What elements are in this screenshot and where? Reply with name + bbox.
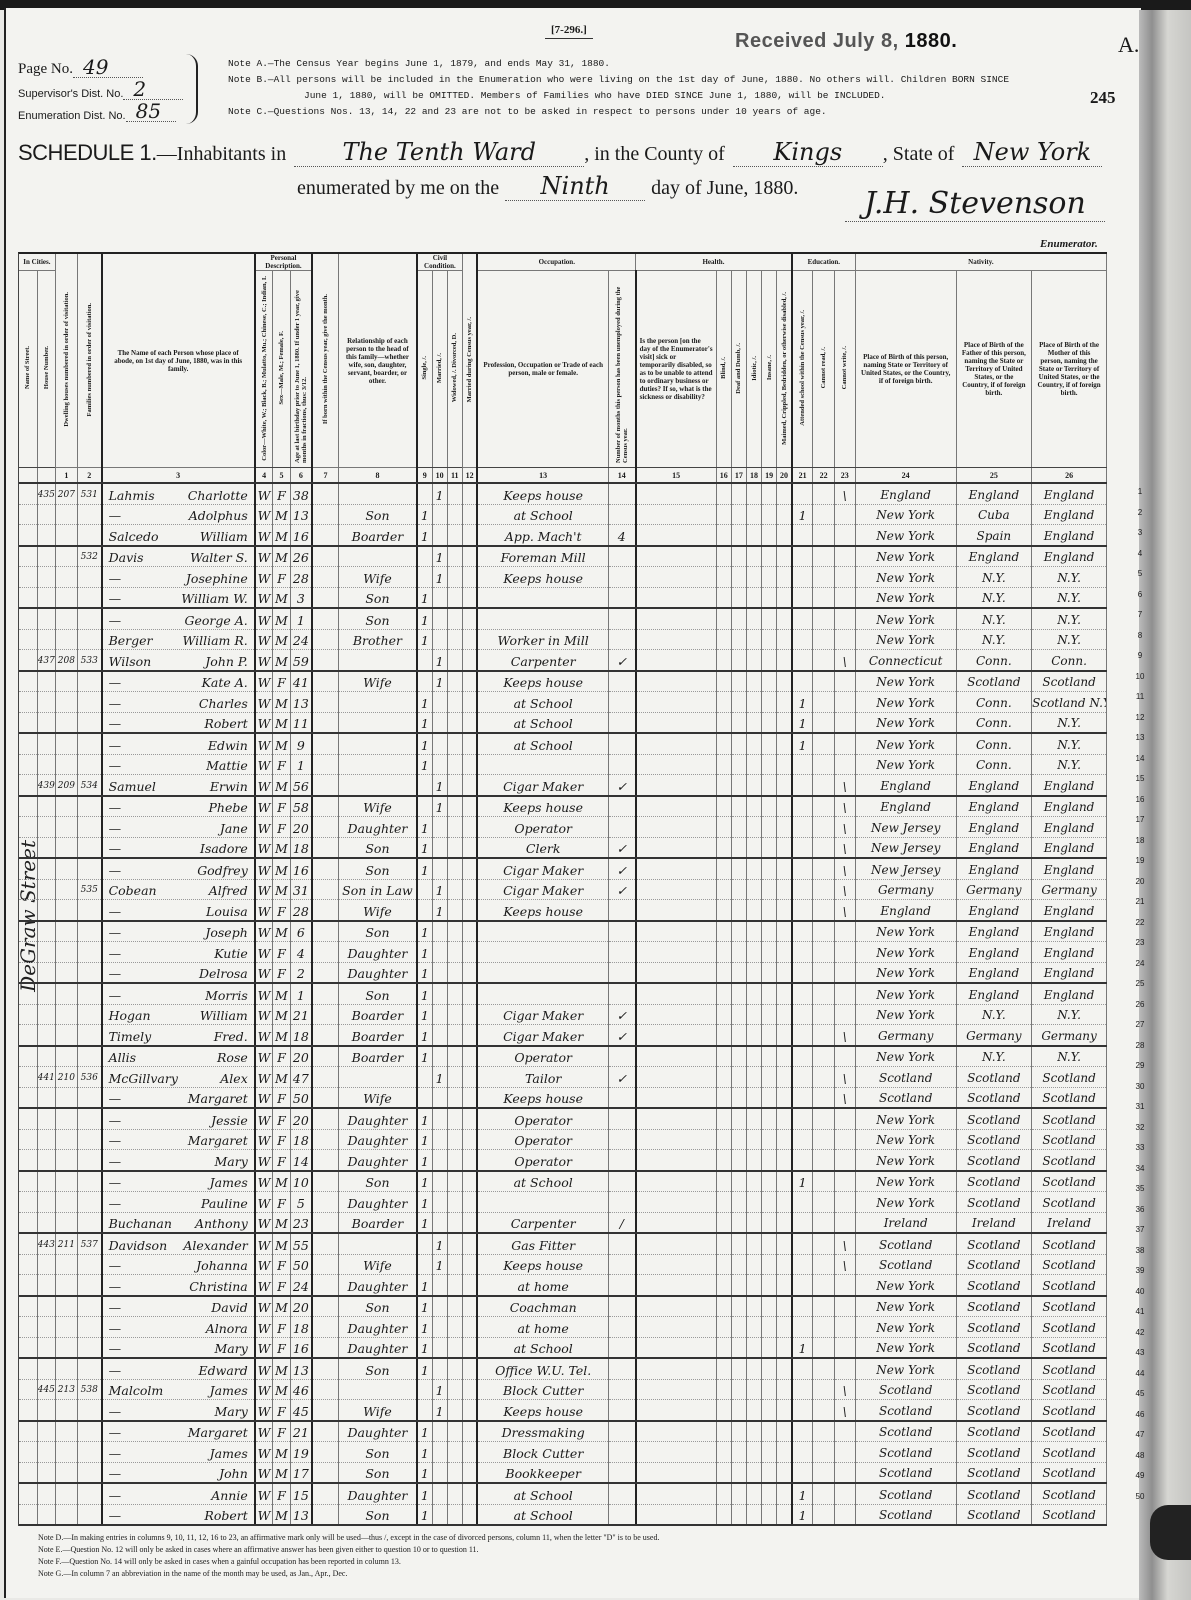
color-cell: W: [255, 858, 273, 879]
idiotic-cell: [746, 608, 761, 629]
census-row: —PaulineWF5Daughter1New YorkScotlandScot…: [19, 1192, 1107, 1213]
note-b-cont: June 1, 1880, will be OMITTED. Members o…: [228, 88, 1058, 104]
dwelling-number-cell: [55, 1087, 77, 1108]
column-number: 21: [792, 468, 813, 484]
enumerator-signature: J.H. Stevenson: [845, 186, 1105, 222]
married-cell: [432, 1046, 447, 1067]
relationship-cell: [338, 1379, 417, 1400]
father-birthplace-cell: Conn.: [956, 733, 1032, 754]
insane-cell: [762, 1171, 777, 1192]
maimed-cell: [777, 1067, 792, 1088]
age-cell: 13: [290, 692, 312, 713]
column-number: 11: [447, 468, 462, 484]
color-cell: W: [255, 1379, 273, 1400]
line-number: 43: [1129, 1341, 1151, 1362]
surname: —: [103, 507, 122, 524]
name-cell: —Edwin: [102, 733, 255, 754]
color-cell: W: [255, 1254, 273, 1275]
given-name: William W.: [181, 591, 248, 606]
relationship-cell: Boarder: [338, 1046, 417, 1067]
deaf-cell: [731, 1108, 746, 1129]
deaf-cell: [731, 1212, 746, 1233]
father-birthplace-cell: England: [956, 796, 1032, 817]
age-cell: 19: [290, 1442, 312, 1463]
single-cell: 1: [417, 754, 432, 775]
insane-cell: [762, 921, 777, 942]
birthplace-cell: England: [855, 796, 956, 817]
born-month-cell: [312, 587, 338, 608]
age-cell: 13: [290, 1358, 312, 1379]
line-number: 44: [1129, 1362, 1151, 1383]
age-cell: 23: [290, 1212, 312, 1233]
unemployed-cell: ✓: [608, 1004, 635, 1025]
school-cell: [792, 1129, 813, 1150]
street-cell: [19, 629, 37, 650]
cannot-read-cell: [813, 587, 834, 608]
cannot-write-cell: [834, 1150, 855, 1171]
census-row: AllisRoseWF20Boarder1OperatorNew YorkN.Y…: [19, 1046, 1107, 1067]
married-cell: [432, 525, 447, 546]
given-name: Johanna: [196, 1258, 248, 1273]
house-number-cell: [37, 1462, 55, 1483]
school-cell: [792, 1421, 813, 1442]
maimed-cell: [777, 587, 792, 608]
given-name: David: [211, 1300, 248, 1315]
cannot-write-cell: [834, 1358, 855, 1379]
unemployed-cell: [608, 942, 635, 963]
census-row: —MargaretWF18Daughter1OperatorNew YorkSc…: [19, 1129, 1107, 1150]
deaf-cell: [731, 546, 746, 567]
blind-cell: [716, 525, 731, 546]
cannot-read-cell: [813, 942, 834, 963]
family-number-cell: [77, 1192, 101, 1213]
age-cell: 3: [290, 587, 312, 608]
blind-cell: [716, 754, 731, 775]
given-name: Delrosa: [199, 966, 248, 981]
maimed-cell: [777, 796, 792, 817]
family-number-cell: [77, 942, 101, 963]
idiotic-cell: [746, 1192, 761, 1213]
school-cell: 1: [792, 733, 813, 754]
street-cell: [19, 1483, 37, 1504]
census-rows: 435207531LahmisCharlotteWF381Keeps house…: [19, 483, 1107, 1525]
relationship-cell: [338, 1067, 417, 1088]
married-year-cell: [462, 567, 477, 588]
single-cell: 1: [417, 1212, 432, 1233]
sickness-cell: [636, 629, 717, 650]
school-cell: [792, 900, 813, 921]
married-year-cell: [462, 1025, 477, 1046]
name-cell: MalcolmJames: [102, 1379, 255, 1400]
cannot-read-cell: [813, 1337, 834, 1358]
single-cell: [417, 1067, 432, 1088]
birthplace-cell: New York: [855, 1317, 956, 1338]
maimed-cell: [777, 1379, 792, 1400]
census-row: 441210536McGillvaryAlexWM471Tailor✓\Scot…: [19, 1067, 1107, 1088]
district-info: Page No. 49 Supervisor's Dist. No. 2 Enu…: [18, 56, 183, 122]
blind-cell: [716, 1108, 731, 1129]
married-year-cell: [462, 1275, 477, 1296]
schedule-title: SCHEDULE 1. —Inhabitants in The Tenth Wa…: [18, 138, 1102, 167]
married-year-cell: [462, 1358, 477, 1379]
surname: —: [103, 1424, 122, 1441]
street-cell: [19, 1004, 37, 1025]
married-cell: 1: [432, 796, 447, 817]
deaf-cell: [731, 733, 746, 754]
column-number: 19: [762, 468, 777, 484]
street-cell: [19, 1275, 37, 1296]
father-birthplace-cell: England: [956, 921, 1032, 942]
sickness-cell: [636, 754, 717, 775]
page-no-row: Page No. 49: [18, 56, 183, 78]
cannot-read-cell: [813, 1046, 834, 1067]
insane-cell: [762, 1317, 777, 1338]
cannot-write-cell: [834, 1462, 855, 1483]
color-cell: W: [255, 1025, 273, 1046]
family-number-cell: [77, 983, 101, 1004]
house-number-cell: [37, 1400, 55, 1421]
maimed-cell: [777, 650, 792, 671]
mother-birthplace-cell: N.Y.: [1032, 712, 1107, 733]
age-cell: 18: [290, 837, 312, 858]
widowed-cell: [447, 567, 462, 588]
family-number-cell: [77, 817, 101, 838]
married-cell: [432, 1317, 447, 1338]
family-number-cell: [77, 525, 101, 546]
surname: Davis: [103, 549, 144, 566]
blind-cell: [716, 1087, 731, 1108]
blind-cell: [716, 1421, 731, 1442]
birthplace-cell: New Jersey: [855, 837, 956, 858]
maimed-cell: [777, 817, 792, 838]
house-number-cell: [37, 1212, 55, 1233]
family-number-cell: [77, 587, 101, 608]
name-cell: —Margaret: [102, 1421, 255, 1442]
father-birthplace-cell: England: [956, 546, 1032, 567]
blind-cell: [716, 775, 731, 796]
deaf-cell: [731, 525, 746, 546]
deaf-cell: [731, 775, 746, 796]
birthplace-cell: Germany: [855, 879, 956, 900]
house-number-cell: [37, 546, 55, 567]
street-cell: [19, 1046, 37, 1067]
surname: —: [103, 1340, 122, 1357]
cannot-write-cell: \: [834, 1067, 855, 1088]
occupation-cell: [477, 608, 608, 629]
birthplace-cell: Ireland: [855, 1212, 956, 1233]
county-label: , in the County of: [584, 143, 725, 166]
married-cell: 1: [432, 1254, 447, 1275]
born-month-cell: [312, 733, 338, 754]
married-year-cell: [462, 1254, 477, 1275]
blind-cell: [716, 900, 731, 921]
mother-birthplace-cell: England: [1032, 962, 1107, 983]
sex-cell: F: [273, 1317, 290, 1338]
deaf-cell: [731, 671, 746, 692]
dwelling-number-cell: 208: [55, 650, 77, 671]
age-header: Age at last birthday prior to June 1, 18…: [294, 273, 308, 463]
census-row: —EdwardWM13Son1Office W.U. Tel.New YorkS…: [19, 1358, 1107, 1379]
sex-cell: M: [273, 546, 290, 567]
mother-birthplace-cell: Scotland N.Y.: [1032, 692, 1107, 713]
family-number-cell: [77, 796, 101, 817]
street-header: Name of Street.: [24, 346, 31, 389]
father-birthplace-cell: Conn.: [956, 754, 1032, 775]
idiotic-cell: [746, 587, 761, 608]
relationship-cell: Daughter: [338, 1129, 417, 1150]
deaf-cell: [731, 629, 746, 650]
line-number: 25: [1129, 972, 1151, 993]
insane-cell: [762, 1296, 777, 1317]
sickness-cell: [636, 504, 717, 525]
deaf-cell: [731, 1400, 746, 1421]
census-table: In Cities. Dwelling houses numbered in o…: [18, 252, 1107, 1526]
color-cell: W: [255, 650, 273, 671]
idiotic-cell: [746, 1421, 761, 1442]
family-number-cell: [77, 1087, 101, 1108]
surname: —: [103, 862, 122, 879]
census-row: —MorrisWM1Son1New YorkEnglandEngland: [19, 983, 1107, 1004]
state-value: New York: [962, 138, 1102, 167]
mother-birthplace-cell: Scotland: [1032, 1150, 1107, 1171]
relationship-cell: Daughter: [338, 817, 417, 838]
single-cell: 1: [417, 1004, 432, 1025]
family-number-cell: [77, 962, 101, 983]
sickness-cell: [636, 775, 717, 796]
name-cell: DavisWalter S.: [102, 546, 255, 567]
street-cell: [19, 587, 37, 608]
married-cell: [432, 921, 447, 942]
unemployed-cell: /: [608, 1212, 635, 1233]
cannot-write-cell: [834, 712, 855, 733]
mother-birthplace-cell: England: [1032, 942, 1107, 963]
deaf-cell: [731, 504, 746, 525]
single-cell: 1: [417, 733, 432, 754]
maimed-cell: [777, 525, 792, 546]
occupation-cell: at School: [477, 712, 608, 733]
father-birthplace-cell: England: [956, 858, 1032, 879]
street-cell: [19, 858, 37, 879]
married-year-cell: [462, 1150, 477, 1171]
age-cell: 31: [290, 879, 312, 900]
census-row: —DavidWM20Son1CoachmanNew YorkScotlandSc…: [19, 1296, 1107, 1317]
single-cell: [417, 671, 432, 692]
column-number: 5: [273, 468, 290, 484]
father-birthplace-cell: Scotland: [956, 1421, 1032, 1442]
ward-value: The Tenth Ward: [294, 138, 584, 167]
family-number-cell: 533: [77, 650, 101, 671]
insane-cell: [762, 983, 777, 1004]
age-cell: 1: [290, 754, 312, 775]
unemployed-cell: [608, 1483, 635, 1504]
color-cell: W: [255, 1192, 273, 1213]
census-row: —RobertWM111at School1New YorkConn.N.Y.: [19, 712, 1107, 733]
sex-cell: F: [273, 567, 290, 588]
street-cell: [19, 900, 37, 921]
cannot-read-cell: [813, 1233, 834, 1254]
name-cell: —Mary: [102, 1337, 255, 1358]
widowed-cell: [447, 1421, 462, 1442]
married-year-cell: [462, 1129, 477, 1150]
father-birthplace-cell: Spain: [956, 525, 1032, 546]
married-cell: [432, 1171, 447, 1192]
maimed-cell: [777, 1337, 792, 1358]
surname: —: [103, 612, 122, 629]
mother-birthplace-cell: Scotland: [1032, 1087, 1107, 1108]
unemployed-cell: [608, 504, 635, 525]
insane-cell: [762, 879, 777, 900]
sheet-letter: A.: [1118, 32, 1139, 58]
single-cell: [417, 1254, 432, 1275]
age-cell: 24: [290, 629, 312, 650]
married-year-cell: [462, 629, 477, 650]
maimed-cell: [777, 837, 792, 858]
cannot-read-cell: [813, 629, 834, 650]
age-cell: 1: [290, 983, 312, 1004]
age-cell: 20: [290, 1296, 312, 1317]
line-number: 2: [1129, 501, 1151, 522]
footnote-f: Note F.—Question No. 14 will only be ask…: [38, 1556, 659, 1568]
color-cell: W: [255, 900, 273, 921]
birthplace-cell: New York: [855, 567, 956, 588]
father-birthplace-cell: Conn.: [956, 712, 1032, 733]
sickness-cell: [636, 1462, 717, 1483]
birthplace-cell: New York: [855, 525, 956, 546]
dwelling-number-cell: [55, 1212, 77, 1233]
birthplace-cell: Scotland: [855, 1067, 956, 1088]
widowed-cell: [447, 1025, 462, 1046]
house-number-cell: [37, 1317, 55, 1338]
single-cell: 1: [417, 1108, 432, 1129]
column-number: 10: [432, 468, 447, 484]
married-year-header: Married during Census year, /.: [466, 317, 473, 402]
mother-birthplace-cell: Scotland: [1032, 1317, 1107, 1338]
surname: —: [103, 1174, 122, 1191]
sickness-cell: [636, 712, 717, 733]
occupation-cell: at School: [477, 1171, 608, 1192]
born-month-cell: [312, 671, 338, 692]
cannot-read-cell: [813, 712, 834, 733]
widowed-cell: [447, 921, 462, 942]
blind-cell: [716, 629, 731, 650]
sickness-cell: [636, 1192, 717, 1213]
father-birthplace-cell: Scotland: [956, 1358, 1032, 1379]
color-cell: W: [255, 817, 273, 838]
families-header: Families numbered in order of visitation…: [86, 303, 93, 417]
unemployed-cell: [608, 1358, 635, 1379]
age-cell: 20: [290, 817, 312, 838]
cannot-read-cell: [813, 1254, 834, 1275]
census-row: —MaryWF16Daughter1at School1New YorkScot…: [19, 1337, 1107, 1358]
single-cell: [417, 567, 432, 588]
birthplace-cell: Scotland: [855, 1254, 956, 1275]
blind-cell: [716, 796, 731, 817]
cannot-write-cell: \: [834, 837, 855, 858]
name-cell: —Mary: [102, 1150, 255, 1171]
blind-cell: [716, 712, 731, 733]
color-cell: W: [255, 692, 273, 713]
maimed-cell: [777, 546, 792, 567]
surname: Wilson: [103, 653, 152, 670]
color-cell: W: [255, 1462, 273, 1483]
insane-cell: [762, 1233, 777, 1254]
maimed-cell: [777, 775, 792, 796]
widowed-cell: [447, 483, 462, 504]
married-year-cell: [462, 879, 477, 900]
line-number: 50: [1129, 1485, 1151, 1506]
street-cell: [19, 692, 37, 713]
school-cell: 1: [792, 1504, 813, 1525]
given-name: Alexander: [183, 1238, 247, 1253]
relationship-cell: Daughter: [338, 1150, 417, 1171]
insane-cell: [762, 1442, 777, 1463]
born-month-cell: [312, 629, 338, 650]
father-birthplace-cell: Scotland: [956, 1129, 1032, 1150]
relationship-cell: [338, 775, 417, 796]
color-cell: W: [255, 1421, 273, 1442]
dwelling-header: Dwelling houses numbered in order of vis…: [63, 292, 70, 427]
married-cell: 1: [432, 1379, 447, 1400]
census-row: —LouisaWF28Wife1Keeps house\EnglandEngla…: [19, 900, 1107, 921]
born-month-cell: [312, 775, 338, 796]
unemployed-cell: [608, 1233, 635, 1254]
name-cell: —Josephine: [102, 567, 255, 588]
married-cell: 1: [432, 1067, 447, 1088]
sex-cell: M: [273, 1212, 290, 1233]
born-month-cell: [312, 1025, 338, 1046]
born-month-cell: [312, 837, 338, 858]
cannot-read-cell: [813, 1504, 834, 1525]
occupation-cell: Tailor: [477, 1067, 608, 1088]
maimed-cell: [777, 879, 792, 900]
maimed-cell: [777, 504, 792, 525]
dwelling-number-cell: [55, 1462, 77, 1483]
mother-birthplace-cell: England: [1032, 858, 1107, 879]
cannot-read-cell: [813, 1317, 834, 1338]
line-number: 13: [1129, 726, 1151, 747]
age-cell: 21: [290, 1004, 312, 1025]
unemployed-cell: [608, 1296, 635, 1317]
cannot-write-cell: [834, 567, 855, 588]
line-number: 29: [1129, 1054, 1151, 1075]
given-name: Alex: [220, 1071, 247, 1086]
single-cell: [417, 650, 432, 671]
line-number: 20: [1129, 870, 1151, 891]
widowed-cell: [447, 796, 462, 817]
married-header: Married, /.: [436, 353, 443, 383]
name-cell: —Robert: [102, 712, 255, 733]
married-year-cell: [462, 1233, 477, 1254]
school-cell: [792, 1400, 813, 1421]
house-number-cell: [37, 1358, 55, 1379]
line-number: 35: [1129, 1177, 1151, 1198]
idiotic-cell: [746, 1171, 761, 1192]
cannot-write-cell: [834, 983, 855, 1004]
father-birthplace-cell: Scotland: [956, 1087, 1032, 1108]
cannot-read-cell: [813, 983, 834, 1004]
occupation-cell: Keeps house: [477, 900, 608, 921]
column-number: [37, 468, 55, 484]
dwelling-number-cell: [55, 1254, 77, 1275]
cannot-read-cell: [813, 692, 834, 713]
house-number-cell: [37, 879, 55, 900]
occupation-cell: Keeps house: [477, 671, 608, 692]
occupation-cell: Cigar Maker: [477, 1025, 608, 1046]
house-number-cell: [37, 733, 55, 754]
deaf-cell: [731, 1254, 746, 1275]
school-cell: 1: [792, 1483, 813, 1504]
age-cell: 14: [290, 1150, 312, 1171]
